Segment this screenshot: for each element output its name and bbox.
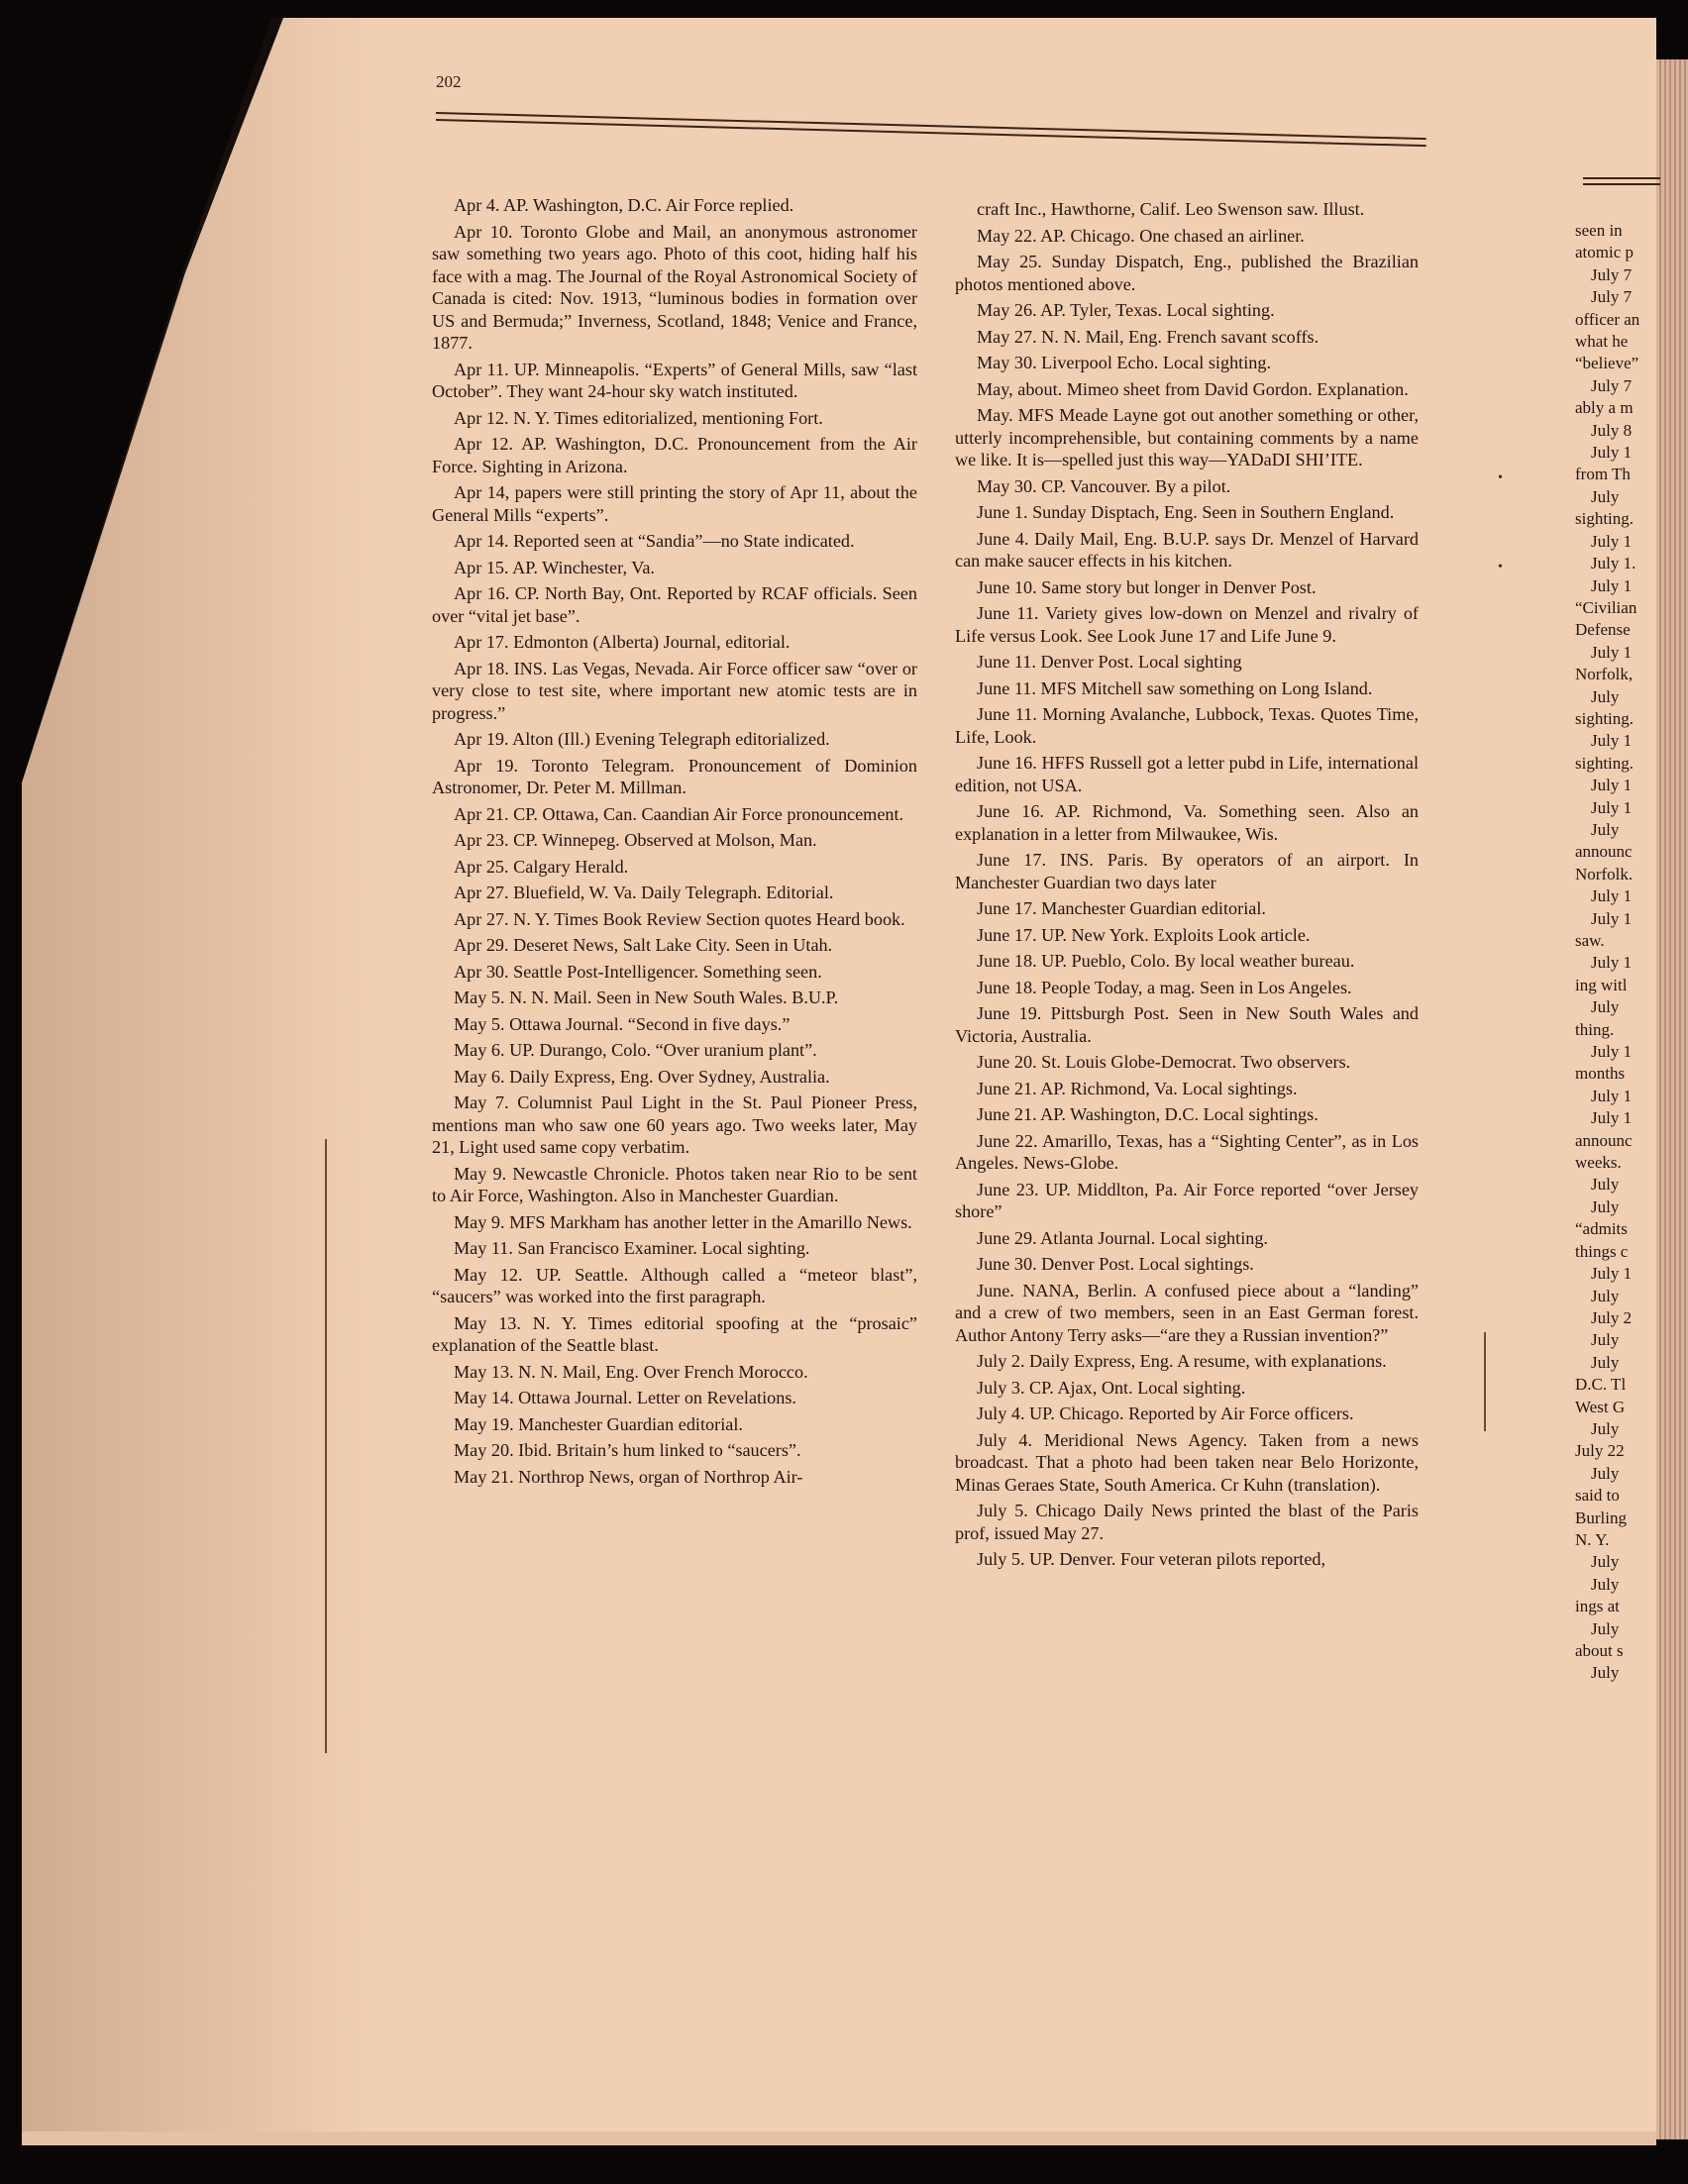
chronology-entry: Apr 12. AP. Washington, D.C. Pronounceme…: [432, 433, 917, 477]
cropped-line-fragment: West G: [1575, 1397, 1654, 1418]
cropped-line-fragment: D.C. Tl: [1575, 1374, 1654, 1396]
cropped-line-fragment: weeks.: [1575, 1152, 1654, 1174]
cropped-line-fragment: July 1: [1575, 885, 1654, 907]
cropped-line-fragment: July: [1575, 1551, 1654, 1573]
margin-bracket: [1484, 1332, 1486, 1431]
chronology-entry: June 21. AP. Washington, D.C. Local sigh…: [955, 1103, 1419, 1126]
cropped-line-fragment: July 22: [1575, 1440, 1654, 1462]
column-middle: craft Inc., Hawthorne, Calif. Leo Swenso…: [955, 198, 1419, 1575]
cropped-line-fragment: July: [1575, 1329, 1654, 1351]
cropped-line-fragment: officer an: [1575, 309, 1654, 331]
chronology-entry: May 7. Columnist Paul Light in the St. P…: [432, 1092, 917, 1159]
stacked-page-edges: [1656, 59, 1688, 2139]
chronology-entry: July 5. UP. Denver. Four veteran pilots …: [955, 1548, 1419, 1571]
chronology-entry: June 17. Manchester Guardian editorial.: [955, 897, 1419, 920]
chronology-entry: Apr 19. Alton (Ill.) Evening Telegraph e…: [432, 728, 917, 751]
cropped-line-fragment: July 1: [1575, 1041, 1654, 1063]
cropped-line-fragment: July: [1575, 819, 1654, 841]
cropped-line-fragment: July: [1575, 1174, 1654, 1196]
cropped-line-fragment: July: [1575, 1662, 1654, 1684]
cropped-line-fragment: sighting.: [1575, 508, 1654, 530]
cropped-line-fragment: July 1.: [1575, 553, 1654, 574]
chronology-entry: June 11. Denver Post. Local sighting: [955, 651, 1419, 674]
cropped-line-fragment: July: [1575, 686, 1654, 708]
chronology-entry: May 13. N. Y. Times editorial spoofing a…: [432, 1312, 917, 1357]
chronology-entry: June 29. Atlanta Journal. Local sighting…: [955, 1227, 1419, 1250]
chronology-entry: May 9. MFS Markham has another letter in…: [432, 1211, 917, 1234]
chronology-entry: June 22. Amarillo, Texas, has a “Sightin…: [955, 1130, 1419, 1175]
chronology-entry: June 21. AP. Richmond, Va. Local sightin…: [955, 1078, 1419, 1100]
chronology-entry: May 27. N. N. Mail, Eng. French savant s…: [955, 326, 1419, 349]
chronology-entry: Apr 16. CP. North Bay, Ont. Reported by …: [432, 582, 917, 627]
cropped-line-fragment: seen in: [1575, 220, 1654, 242]
cropped-line-fragment: ing witl: [1575, 975, 1654, 996]
cropped-line-fragment: saw.: [1575, 930, 1654, 952]
chronology-entry: June 10. Same story but longer in Denver…: [955, 576, 1419, 599]
chronology-entry: Apr 19. Toronto Telegram. Pronouncement …: [432, 755, 917, 799]
cropped-line-fragment: July: [1575, 1618, 1654, 1640]
chronology-entry: July 2. Daily Express, Eng. A resume, wi…: [955, 1350, 1419, 1373]
gutter-mark: [325, 1139, 327, 1753]
chronology-entry: June 18. UP. Pueblo, Colo. By local weat…: [955, 950, 1419, 973]
chronology-entry: Apr 23. CP. Winnepeg. Observed at Molson…: [432, 829, 917, 852]
cropped-line-fragment: announc: [1575, 841, 1654, 863]
cropped-line-fragment: July 1: [1575, 730, 1654, 752]
chronology-entry: Apr 18. INS. Las Vegas, Nevada. Air Forc…: [432, 658, 917, 725]
chronology-entry: July 4. Meridional News Agency. Taken fr…: [955, 1429, 1419, 1497]
cropped-line-fragment: Norfolk,: [1575, 664, 1654, 685]
cropped-line-fragment: July 7: [1575, 375, 1654, 397]
cropped-line-fragment: months: [1575, 1063, 1654, 1085]
cropped-line-fragment: “admits: [1575, 1218, 1654, 1240]
cropped-line-fragment: July 1: [1575, 952, 1654, 974]
chronology-entry: craft Inc., Hawthorne, Calif. Leo Swenso…: [955, 198, 1419, 221]
chronology-entry: June. NANA, Berlin. A confused piece abo…: [955, 1280, 1419, 1347]
cropped-line-fragment: “Civilian: [1575, 597, 1654, 619]
chronology-entry: June 19. Pittsburgh Post. Seen in New So…: [955, 1002, 1419, 1047]
chronology-entry: Apr 4. AP. Washington, D.C. Air Force re…: [432, 194, 917, 217]
chronology-entry: Apr 15. AP. Winchester, Va.: [432, 557, 917, 579]
chronology-entry: Apr 11. UP. Minneapolis. “Experts” of Ge…: [432, 359, 917, 403]
cropped-line-fragment: July: [1575, 1418, 1654, 1440]
cropped-line-fragment: Norfolk.: [1575, 864, 1654, 885]
cropped-line-fragment: July: [1575, 1352, 1654, 1374]
chronology-entry: June 1. Sunday Disptach, Eng. Seen in So…: [955, 501, 1419, 524]
chronology-entry: May 11. San Francisco Examiner. Local si…: [432, 1237, 917, 1260]
chronology-entry: June 4. Daily Mail, Eng. B.U.P. says Dr.…: [955, 528, 1419, 572]
chronology-entry: May 14. Ottawa Journal. Letter on Revela…: [432, 1387, 917, 1409]
chronology-entry: Apr 10. Toronto Globe and Mail, an anony…: [432, 221, 917, 355]
cropped-line-fragment: sighting.: [1575, 753, 1654, 775]
cropped-line-fragment: July 1: [1575, 442, 1654, 464]
chronology-entry: June 23. UP. Middlton, Pa. Air Force rep…: [955, 1179, 1419, 1223]
chronology-entry: May 5. Ottawa Journal. “Second in five d…: [432, 1013, 917, 1036]
cropped-line-fragment: thing.: [1575, 1019, 1654, 1041]
cropped-line-fragment: atomic p: [1575, 242, 1654, 263]
chronology-entry: Apr 17. Edmonton (Alberta) Journal, edit…: [432, 631, 917, 654]
cropped-line-fragment: July 1: [1575, 1086, 1654, 1107]
chronology-entry: May, about. Mimeo sheet from David Gordo…: [955, 378, 1419, 401]
chronology-entry: May 5. N. N. Mail. Seen in New South Wal…: [432, 987, 917, 1009]
chronology-entry: June 11. MFS Mitchell saw something on L…: [955, 677, 1419, 700]
chronology-entry: July 3. CP. Ajax, Ont. Local sighting.: [955, 1377, 1419, 1400]
cropped-line-fragment: July 7: [1575, 286, 1654, 308]
chronology-entry: May. MFS Meade Layne got out another som…: [955, 404, 1419, 471]
chronology-entry: May 9. Newcastle Chronicle. Photos taken…: [432, 1163, 917, 1207]
cropped-line-fragment: July 1: [1575, 531, 1654, 553]
cropped-line-fragment: July 1: [1575, 575, 1654, 597]
column-right-fragment: seen inatomic pJuly 7July 7officer anwha…: [1575, 220, 1654, 1685]
chronology-entry: May 20. Ibid. Britain’s hum linked to “s…: [432, 1439, 917, 1462]
chronology-entry: June 17. INS. Paris. By operators of an …: [955, 849, 1419, 893]
chronology-entry: June 11. Morning Avalanche, Lubbock, Tex…: [955, 703, 1419, 748]
chronology-entry: Apr 30. Seattle Post-Intelligencer. Some…: [432, 961, 917, 984]
chronology-entry: May 30. CP. Vancouver. By a pilot.: [955, 475, 1419, 498]
cropped-line-fragment: N. Y.: [1575, 1529, 1654, 1551]
cropped-line-fragment: about s: [1575, 1640, 1654, 1662]
page-bottom-edge: [22, 2132, 1656, 2145]
chronology-entry: May 25. Sunday Dispatch, Eng., published…: [955, 251, 1419, 295]
cropped-line-fragment: July: [1575, 1286, 1654, 1307]
chronology-entry: May 6. UP. Durango, Colo. “Over uranium …: [432, 1039, 917, 1062]
chronology-entry: Apr 12. N. Y. Times editorialized, menti…: [432, 407, 917, 430]
chronology-entry: Apr 21. CP. Ottawa, Can. Caandian Air Fo…: [432, 803, 917, 826]
cropped-line-fragment: July 2: [1575, 1307, 1654, 1329]
next-page-rule-bottom: [1583, 183, 1660, 185]
chronology-entry: July 4. UP. Chicago. Reported by Air For…: [955, 1403, 1419, 1425]
cropped-line-fragment: ings at: [1575, 1596, 1654, 1617]
cropped-line-fragment: “believe”: [1575, 353, 1654, 374]
column-left: Apr 4. AP. Washington, D.C. Air Force re…: [432, 194, 917, 1492]
margin-mark: •: [1498, 470, 1503, 486]
cropped-line-fragment: July 1: [1575, 1107, 1654, 1129]
chronology-entry: June 16. AP. Richmond, Va. Something see…: [955, 800, 1419, 845]
chronology-entry: May 13. N. N. Mail, Eng. Over French Mor…: [432, 1361, 917, 1384]
cropped-line-fragment: July: [1575, 486, 1654, 508]
cropped-line-fragment: ably a m: [1575, 397, 1654, 419]
chronology-entry: June 18. People Today, a mag. Seen in Lo…: [955, 977, 1419, 999]
cropped-line-fragment: July 1: [1575, 908, 1654, 930]
cropped-line-fragment: from Th: [1575, 464, 1654, 485]
cropped-line-fragment: July: [1575, 1574, 1654, 1596]
cropped-line-fragment: Defense: [1575, 619, 1654, 641]
cropped-line-fragment: July: [1575, 1196, 1654, 1218]
cropped-line-fragment: July 1: [1575, 775, 1654, 796]
margin-mark: •: [1498, 560, 1503, 575]
chronology-entry: May 12. UP. Seattle. Although called a “…: [432, 1264, 917, 1308]
page-curl-shadow: [22, 18, 378, 2142]
cropped-line-fragment: July: [1575, 1463, 1654, 1485]
chronology-entry: June 30. Denver Post. Local sightings.: [955, 1253, 1419, 1276]
cropped-line-fragment: July 8: [1575, 420, 1654, 442]
cropped-line-fragment: July 1: [1575, 1263, 1654, 1285]
chronology-entry: May 19. Manchester Guardian editorial.: [432, 1413, 917, 1436]
chronology-entry: Apr 14. Reported seen at “Sandia”—no Sta…: [432, 530, 917, 553]
cropped-line-fragment: what he: [1575, 331, 1654, 353]
chronology-entry: June 11. Variety gives low-down on Menze…: [955, 602, 1419, 647]
cropped-line-fragment: sighting.: [1575, 708, 1654, 730]
page-number: 202: [436, 72, 462, 92]
chronology-entry: June 17. UP. New York. Exploits Look art…: [955, 924, 1419, 947]
chronology-entry: Apr 27. Bluefield, W. Va. Daily Telegrap…: [432, 882, 917, 904]
cropped-line-fragment: said to: [1575, 1485, 1654, 1507]
chronology-entry: May 22. AP. Chicago. One chased an airli…: [955, 225, 1419, 248]
chronology-entry: July 5. Chicago Daily News printed the b…: [955, 1500, 1419, 1544]
chronology-entry: Apr 29. Deseret News, Salt Lake City. Se…: [432, 934, 917, 957]
cropped-line-fragment: Burling: [1575, 1508, 1654, 1529]
next-page-rule-top: [1583, 177, 1660, 179]
chronology-entry: May 26. AP. Tyler, Texas. Local sighting…: [955, 299, 1419, 322]
cropped-line-fragment: announc: [1575, 1130, 1654, 1152]
cropped-line-fragment: things c: [1575, 1241, 1654, 1263]
chronology-entry: May 21. Northrop News, organ of Northrop…: [432, 1466, 917, 1489]
chronology-entry: Apr 27. N. Y. Times Book Review Section …: [432, 908, 917, 931]
cropped-line-fragment: July 1: [1575, 797, 1654, 819]
chronology-entry: May 30. Liverpool Echo. Local sighting.: [955, 352, 1419, 374]
cropped-line-fragment: July 7: [1575, 264, 1654, 286]
chronology-entry: June 16. HFFS Russell got a letter pubd …: [955, 752, 1419, 796]
chronology-entry: June 20. St. Louis Globe-Democrat. Two o…: [955, 1051, 1419, 1074]
chronology-entry: May 6. Daily Express, Eng. Over Sydney, …: [432, 1066, 917, 1089]
cropped-line-fragment: July: [1575, 996, 1654, 1018]
chronology-entry: Apr 14, papers were still printing the s…: [432, 481, 917, 526]
chronology-entry: Apr 25. Calgary Herald.: [432, 856, 917, 879]
cropped-line-fragment: July 1: [1575, 642, 1654, 664]
